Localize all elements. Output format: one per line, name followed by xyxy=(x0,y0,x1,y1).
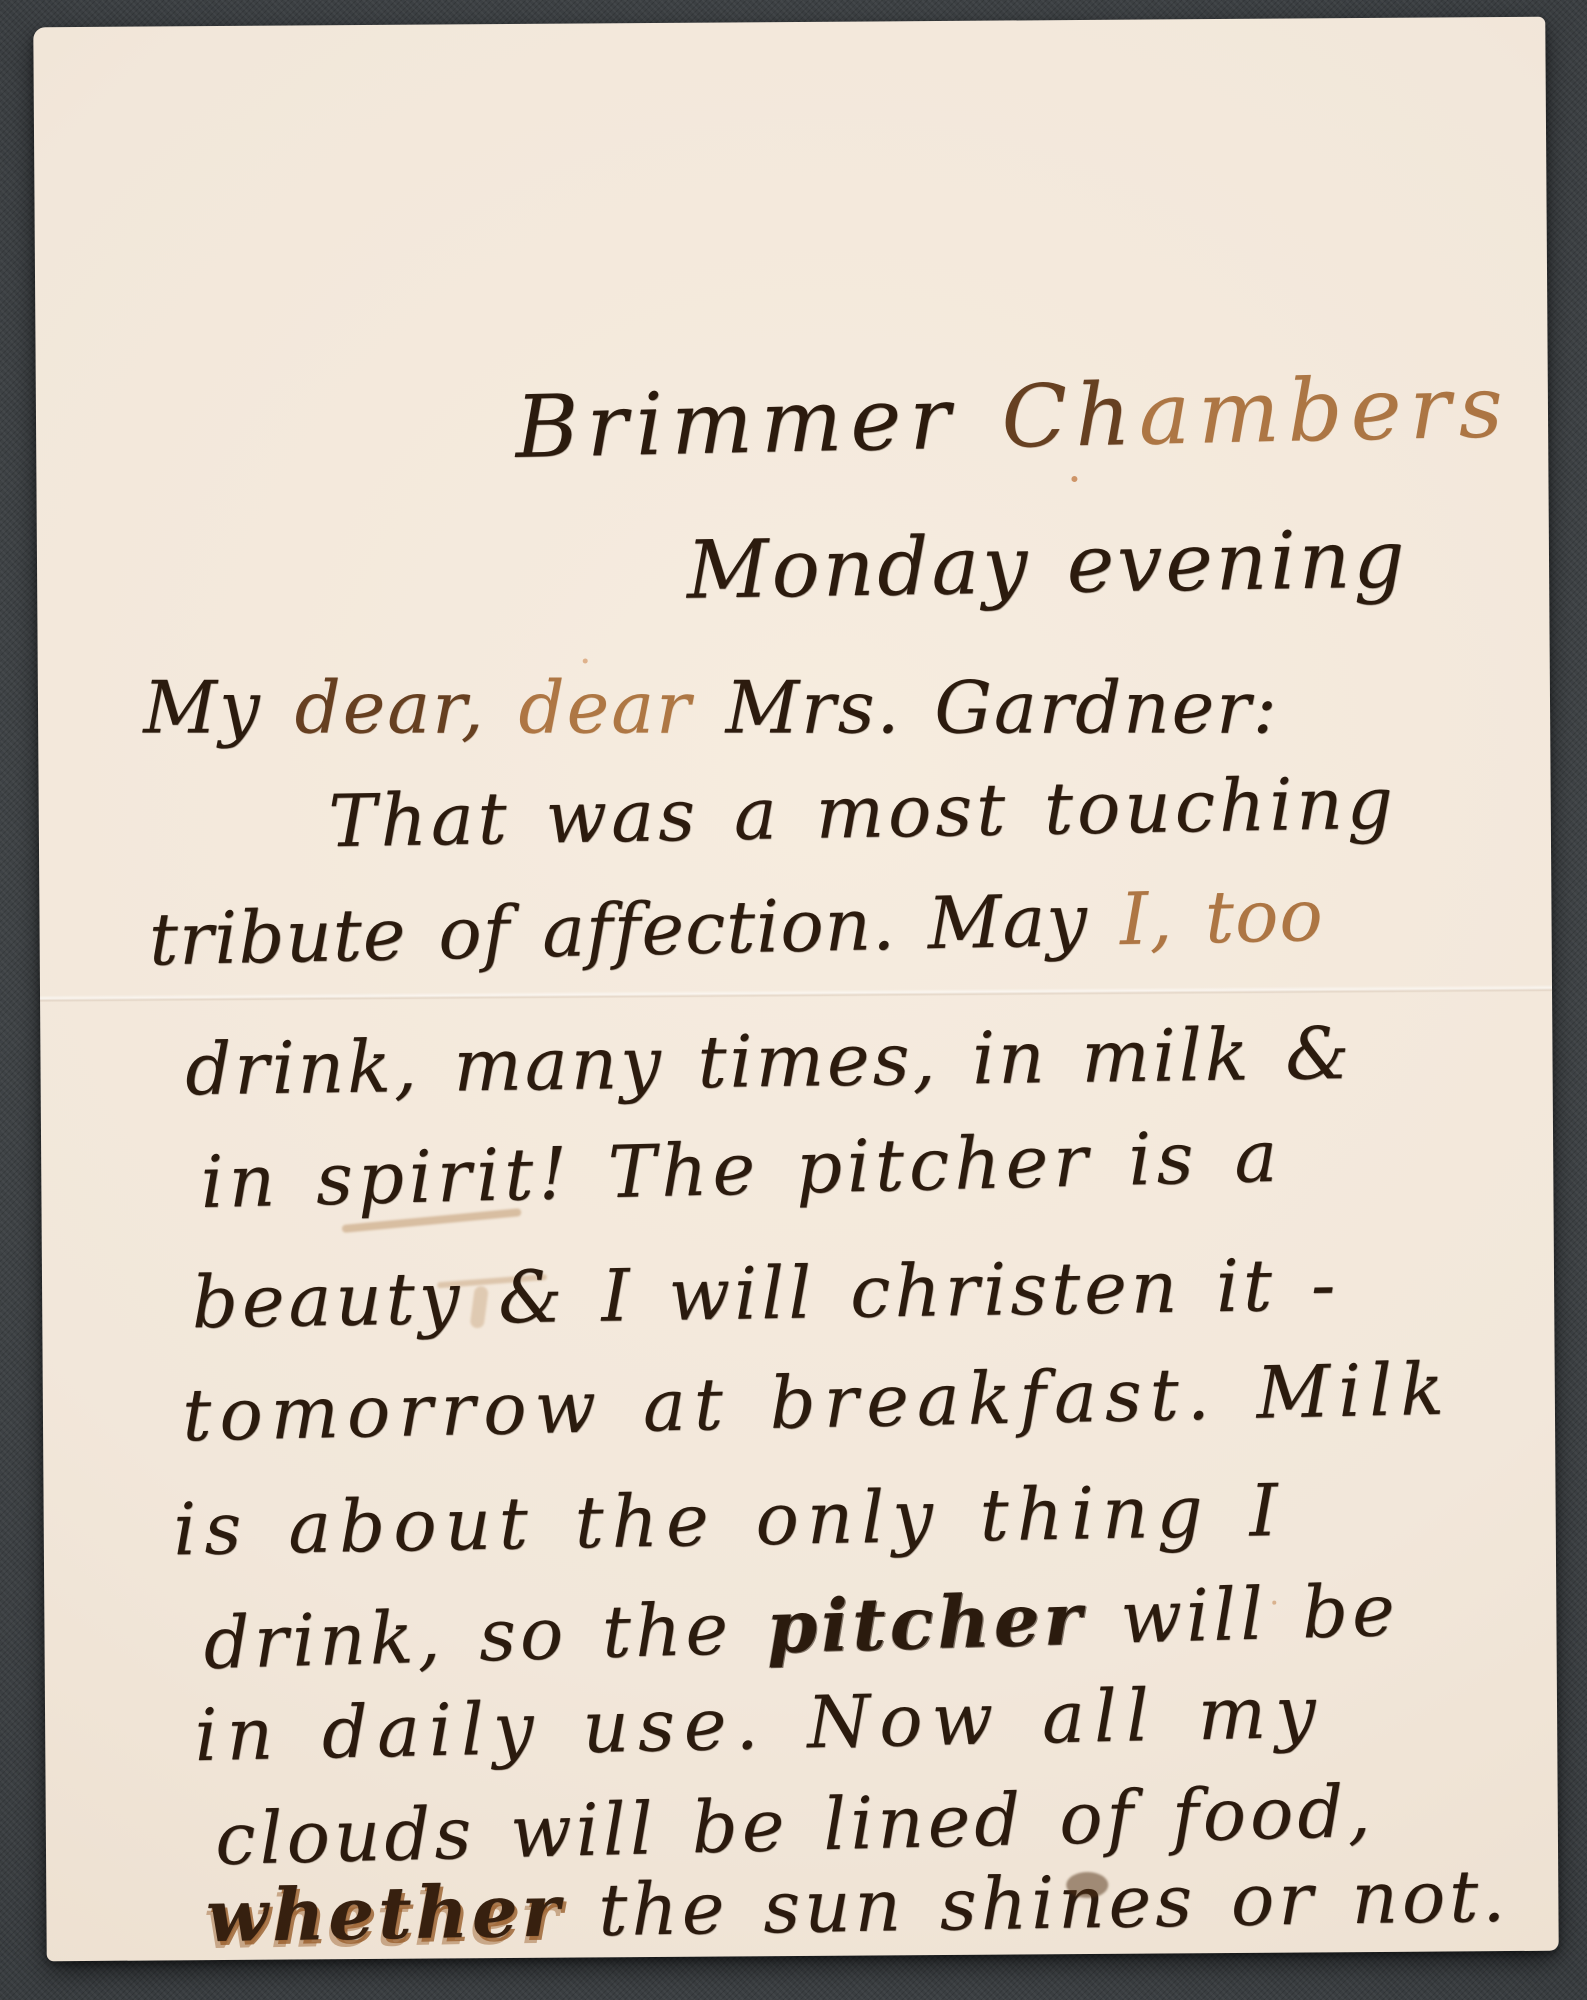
letter-line-address: Brimmer Chambers xyxy=(514,357,1511,478)
handwriting-text: dear, xyxy=(295,666,519,750)
letter-line-body-4: in spirit! The pitcher is a xyxy=(200,1114,1284,1224)
letter-line-body-9: in daily use. Now all my xyxy=(194,1670,1326,1778)
handwriting-text: tomorrow at breakfast. Milk xyxy=(181,1347,1452,1458)
handwriting-text: drink, so the xyxy=(203,1585,768,1685)
paper-speck xyxy=(583,658,588,663)
letter-line-body-7: is about the only thing I xyxy=(173,1468,1287,1571)
handwriting-text: pitcher xyxy=(766,1576,1087,1670)
handwriting-text: beauty & I will christen it - xyxy=(191,1242,1340,1344)
letter-line-body-3: drink, many times, in milk & xyxy=(185,1011,1353,1111)
letter-line-body-2: tribute of affection. May I, too xyxy=(148,873,1324,982)
handwriting-text: in daily use. Now all my xyxy=(194,1670,1326,1778)
letter-page: Brimmer Chambers Monday evening My dear,… xyxy=(33,17,1558,1962)
handwriting-text: Ch xyxy=(1000,365,1139,468)
paper-speck xyxy=(1071,476,1077,482)
handwriting-text: dear xyxy=(519,666,726,750)
handwriting-text: Monday evening xyxy=(686,512,1408,616)
handwriting-text: That was a most touching xyxy=(328,761,1398,864)
fold-crease xyxy=(40,985,1552,1003)
handwriting-text: My xyxy=(143,666,294,750)
handwriting-text: is about the only thing I xyxy=(173,1468,1287,1571)
handwriting-text: will be xyxy=(1084,1568,1399,1661)
handwriting-text: whether xyxy=(205,1868,564,1959)
letter-line-body-6: tomorrow at breakfast. Milk xyxy=(181,1347,1452,1458)
handwriting-text: I, too xyxy=(1087,873,1324,962)
ink-blot xyxy=(1066,1872,1108,1898)
letter-line-body-5: beauty & I will christen it - xyxy=(191,1242,1340,1344)
handwriting-text: in spirit! The pitcher is a xyxy=(200,1114,1284,1224)
handwriting-text: ambers xyxy=(1138,357,1512,465)
handwriting-text: Mrs. Gardner: xyxy=(725,666,1278,750)
handwriting-text: Brimmer xyxy=(514,368,1002,478)
letter-line-body-1: That was a most touching xyxy=(328,761,1398,864)
handwriting-text: tribute of affection. May xyxy=(148,878,1089,982)
handwriting-text: drink, many times, in milk & xyxy=(185,1011,1353,1111)
handwriting-text: the sun shines or not. xyxy=(563,1854,1510,1953)
letter-line-dateline: Monday evening xyxy=(686,512,1408,616)
letter-line-salutation: My dear, dear Mrs. Gardner: xyxy=(143,666,1279,750)
letter-line-body-8: drink, so the pitcher will be xyxy=(202,1567,1399,1685)
